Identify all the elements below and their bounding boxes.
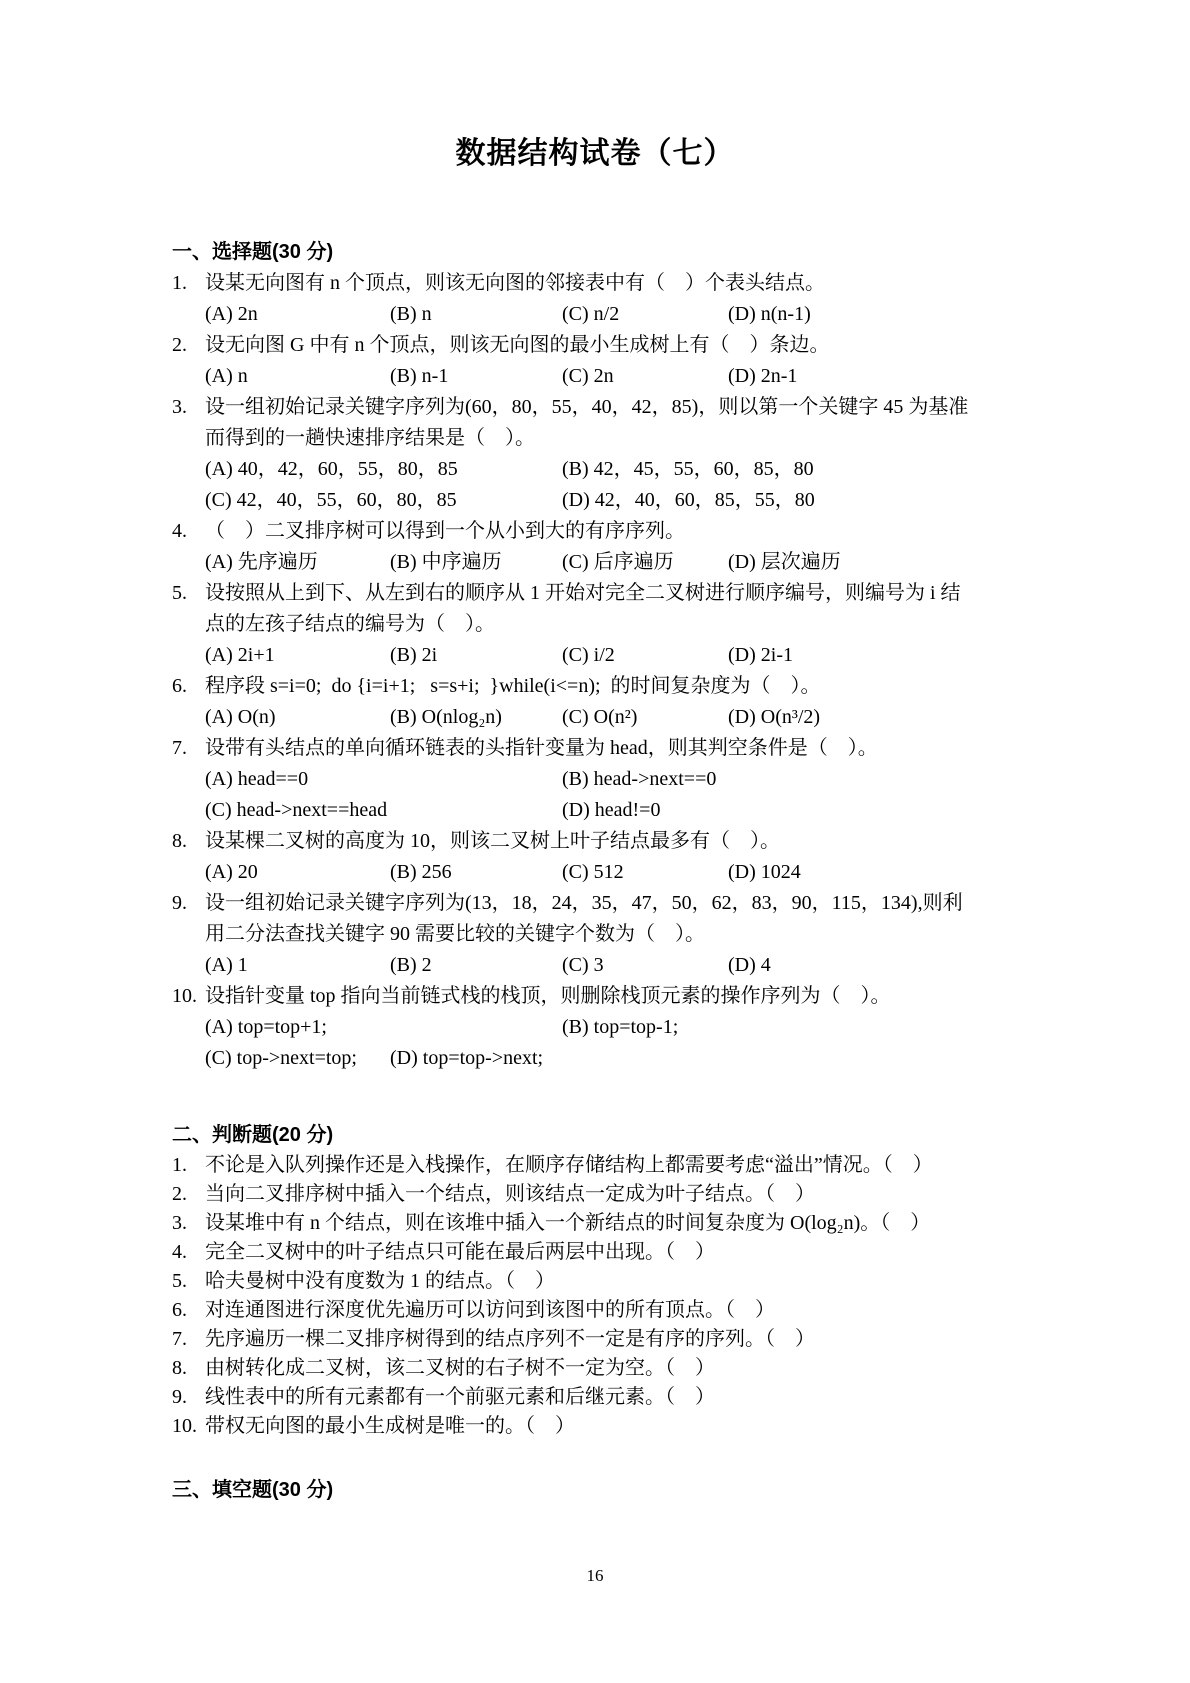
question-text: 设一组初始记录关键字序列为(60，80，55，40，42，85)，则以第一个关键… [205, 392, 1030, 423]
option-row: (A) 2i+1(B) 2i(C) i/2(D) 2i-1 [172, 640, 1030, 671]
option-row: (C) 42，40，55，60，80，85(D) 42，40，60，85，55，… [172, 485, 1030, 516]
option: (D) 2n-1 [728, 361, 797, 392]
option: (D) 2i-1 [728, 640, 793, 671]
option: (B) 2 [390, 950, 432, 981]
question-number [172, 423, 205, 454]
option: (B) head->next==0 [562, 764, 716, 795]
exam-content: 一、选择题(30 分)1.设某无向图有 n 个顶点，则该无向图的邻接表中有（ ）… [172, 237, 1030, 1506]
statement-line: 2.当向二叉排序树中插入一个结点，则该结点一定成为叶子结点。（ ） [172, 1180, 1030, 1209]
question-number: 9. [172, 888, 205, 919]
option-row: (A) 先序遍历(B) 中序遍历(C) 后序遍历(D) 层次遍历 [172, 547, 1030, 578]
statement-text: 带权无向图的最小生成树是唯一的。（ ） [205, 1412, 1030, 1441]
statement-number: 5. [172, 1267, 205, 1296]
question-number: 7. [172, 733, 205, 764]
option: (C) 2n [562, 361, 614, 392]
statement-text: 完全二叉树中的叶子结点只可能在最后两层中出现。（ ） [205, 1238, 1030, 1267]
question-line: 而得到的一趟快速排序结果是（ ）。 [172, 423, 1030, 454]
option: (C) 512 [562, 857, 624, 888]
section-choice: 一、选择题(30 分)1.设某无向图有 n 个顶点，则该无向图的邻接表中有（ ）… [172, 237, 1030, 1074]
option: (D) O(n³/2) [728, 702, 820, 733]
statement-line: 5.哈夫曼树中没有度数为 1 的结点。（ ） [172, 1267, 1030, 1296]
question-line: 6.程序段 s=i=0; do {i=i+1; s=s+i; }while(i<… [172, 671, 1030, 702]
question-line: 9.设一组初始记录关键字序列为(13，18，24，35，47，50，62，83，… [172, 888, 1030, 919]
statement-number: 7. [172, 1325, 205, 1354]
question-line: 8.设某棵二叉树的高度为 10，则该二叉树上叶子结点最多有（ ）。 [172, 826, 1030, 857]
statement-number: 9. [172, 1383, 205, 1412]
question-line: 10.设指针变量 top 指向当前链式栈的栈顶，则删除栈顶元素的操作序列为（ ）… [172, 981, 1030, 1012]
question-text: 点的左孩子结点的编号为（ ）。 [205, 609, 1030, 640]
section-heading: 一、选择题(30 分) [172, 237, 1030, 268]
option: (C) O(n²) [562, 702, 637, 733]
question-text: 而得到的一趟快速排序结果是（ ）。 [205, 423, 1030, 454]
question-text: 设带有头结点的单向循环链表的头指针变量为 head，则其判空条件是（ ）。 [205, 733, 1030, 764]
option: (D) head!=0 [562, 795, 660, 826]
option: (B) O(nlog₂n) [390, 702, 502, 733]
option-row: (A) O(n)(B) O(nlog₂n)(C) O(n²)(D) O(n³/2… [172, 702, 1030, 733]
statement-number: 2. [172, 1180, 205, 1209]
option: (B) 256 [390, 857, 452, 888]
question-text: 设某棵二叉树的高度为 10，则该二叉树上叶子结点最多有（ ）。 [205, 826, 1030, 857]
question-number: 2. [172, 330, 205, 361]
option: (D) top=top->next; [390, 1043, 543, 1074]
option: (C) 3 [562, 950, 604, 981]
statement-line: 4.完全二叉树中的叶子结点只可能在最后两层中出现。（ ） [172, 1238, 1030, 1267]
option: (C) head->next==head [205, 795, 387, 826]
page-title: 数据结构试卷（七） [0, 0, 1190, 172]
statement-line: 6.对连通图进行深度优先遍历可以访问到该图中的所有顶点。（ ） [172, 1296, 1030, 1325]
option: (D) 4 [728, 950, 771, 981]
option: (A) head==0 [205, 764, 308, 795]
question-line: 4.（ ）二叉排序树可以得到一个从小到大的有序序列。 [172, 516, 1030, 547]
question-text: 设一组初始记录关键字序列为(13，18，24，35，47，50，62，83，90… [205, 888, 1030, 919]
question-number [172, 609, 205, 640]
option: (D) n(n-1) [728, 299, 811, 330]
option: (B) 2i [390, 640, 437, 671]
question-number: 5. [172, 578, 205, 609]
option: (B) 中序遍历 [390, 547, 502, 578]
option-row: (A) 2n(B) n(C) n/2(D) n(n-1) [172, 299, 1030, 330]
option-row: (C) top->next=top;(D) top=top->next; [172, 1043, 1030, 1074]
question-line: 7.设带有头结点的单向循环链表的头指针变量为 head，则其判空条件是（ ）。 [172, 733, 1030, 764]
option: (A) O(n) [205, 702, 276, 733]
statement-line: 9.线性表中的所有元素都有一个前驱元素和后继元素。（ ） [172, 1383, 1030, 1412]
option: (C) n/2 [562, 299, 619, 330]
statement-line: 1.不论是入队列操作还是入栈操作，在顺序存储结构上都需要考虑“溢出”情况。（ ） [172, 1151, 1030, 1180]
statement-line: 7.先序遍历一棵二叉排序树得到的结点序列不一定是有序的序列。（ ） [172, 1325, 1030, 1354]
option: (A) 2n [205, 299, 258, 330]
option-row: (A) 20(B) 256(C) 512(D) 1024 [172, 857, 1030, 888]
question-line: 3.设一组初始记录关键字序列为(60，80，55，40，42，85)，则以第一个… [172, 392, 1030, 423]
question-number: 6. [172, 671, 205, 702]
question-number: 4. [172, 516, 205, 547]
option-row: (A) 1(B) 2(C) 3(D) 4 [172, 950, 1030, 981]
exam-page: 数据结构试卷（七） 一、选择题(30 分)1.设某无向图有 n 个顶点，则该无向… [0, 0, 1190, 1683]
question-text: 设指针变量 top 指向当前链式栈的栈顶，则删除栈顶元素的操作序列为（ ）。 [205, 981, 1030, 1012]
option: (B) top=top-1; [562, 1012, 678, 1043]
option: (D) 层次遍历 [728, 547, 841, 578]
statement-line: 8.由树转化成二叉树，该二叉树的右子树不一定为空。（ ） [172, 1354, 1030, 1383]
section-heading: 二、判断题(20 分) [172, 1120, 1030, 1151]
option: (A) 2i+1 [205, 640, 275, 671]
question-text: 设某无向图有 n 个顶点，则该无向图的邻接表中有（ ）个表头结点。 [205, 268, 1030, 299]
statement-number: 3. [172, 1209, 205, 1238]
option-row: (A) head==0(B) head->next==0 [172, 764, 1030, 795]
statement-number: 1. [172, 1151, 205, 1180]
statement-text: 线性表中的所有元素都有一个前驱元素和后继元素。（ ） [205, 1383, 1030, 1412]
question-line: 点的左孩子结点的编号为（ ）。 [172, 609, 1030, 640]
statement-text: 不论是入队列操作还是入栈操作，在顺序存储结构上都需要考虑“溢出”情况。（ ） [205, 1151, 1030, 1180]
question-line: 2.设无向图 G 中有 n 个顶点，则该无向图的最小生成树上有（ ）条边。 [172, 330, 1030, 361]
option: (A) n [205, 361, 248, 392]
option: (D) 1024 [728, 857, 801, 888]
question-number: 3. [172, 392, 205, 423]
option: (A) 40，42，60，55，80，85 [205, 454, 458, 485]
option: (A) 20 [205, 857, 258, 888]
statement-text: 对连通图进行深度优先遍历可以访问到该图中的所有顶点。（ ） [205, 1296, 1030, 1325]
statement-number: 6. [172, 1296, 205, 1325]
question-number [172, 919, 205, 950]
option-row: (A) top=top+1;(B) top=top-1; [172, 1012, 1030, 1043]
option: (A) 1 [205, 950, 248, 981]
option: (C) 42，40，55，60，80，85 [205, 485, 457, 516]
option: (A) top=top+1; [205, 1012, 327, 1043]
page-number: 16 [0, 1565, 1190, 1587]
option-row: (C) head->next==head(D) head!=0 [172, 795, 1030, 826]
option: (C) 后序遍历 [562, 547, 674, 578]
question-text: 用二分法查找关键字 90 需要比较的关键字个数为（ ）。 [205, 919, 1030, 950]
question-line: 用二分法查找关键字 90 需要比较的关键字个数为（ ）。 [172, 919, 1030, 950]
question-text: 设按照从上到下、从左到右的顺序从 1 开始对完全二叉树进行顺序编号，则编号为 i… [205, 578, 1030, 609]
option: (B) n [390, 299, 432, 330]
question-number: 10. [172, 981, 205, 1012]
option: (A) 先序遍历 [205, 547, 318, 578]
question-number: 1. [172, 268, 205, 299]
option: (B) 42，45，55，60，85，80 [562, 454, 814, 485]
option-row: (A) 40，42，60，55，80，85(B) 42，45，55，60，85，… [172, 454, 1030, 485]
question-line: 1.设某无向图有 n 个顶点，则该无向图的邻接表中有（ ）个表头结点。 [172, 268, 1030, 299]
option: (D) 42，40，60，85，55，80 [562, 485, 815, 516]
question-number: 8. [172, 826, 205, 857]
question-text: 程序段 s=i=0; do {i=i+1; s=s+i; }while(i<=n… [205, 671, 1030, 702]
section-judge: 二、判断题(20 分)1.不论是入队列操作还是入栈操作，在顺序存储结构上都需要考… [172, 1120, 1030, 1441]
question-line: 5.设按照从上到下、从左到右的顺序从 1 开始对完全二叉树进行顺序编号，则编号为… [172, 578, 1030, 609]
statement-text: 设某堆中有 n 个结点，则在该堆中插入一个新结点的时间复杂度为 O(log₂n)… [205, 1209, 1030, 1238]
statement-text: 先序遍历一棵二叉排序树得到的结点序列不一定是有序的序列。（ ） [205, 1325, 1030, 1354]
section-heading: 三、填空题(30 分) [172, 1475, 1030, 1506]
option: (C) top->next=top; [205, 1043, 357, 1074]
statement-number: 8. [172, 1354, 205, 1383]
section-blank: 三、填空题(30 分) [172, 1475, 1030, 1506]
statement-number: 4. [172, 1238, 205, 1267]
option-row: (A) n(B) n-1(C) 2n(D) 2n-1 [172, 361, 1030, 392]
question-text: 设无向图 G 中有 n 个顶点，则该无向图的最小生成树上有（ ）条边。 [205, 330, 1030, 361]
statement-line: 10.带权无向图的最小生成树是唯一的。（ ） [172, 1412, 1030, 1441]
option: (C) i/2 [562, 640, 615, 671]
question-text: （ ）二叉排序树可以得到一个从小到大的有序序列。 [205, 516, 1030, 547]
statement-text: 由树转化成二叉树，该二叉树的右子树不一定为空。（ ） [205, 1354, 1030, 1383]
statement-number: 10. [172, 1412, 205, 1441]
statement-text: 当向二叉排序树中插入一个结点，则该结点一定成为叶子结点。（ ） [205, 1180, 1030, 1209]
option: (B) n-1 [390, 361, 448, 392]
statement-line: 3.设某堆中有 n 个结点，则在该堆中插入一个新结点的时间复杂度为 O(log₂… [172, 1209, 1030, 1238]
statement-text: 哈夫曼树中没有度数为 1 的结点。（ ） [205, 1267, 1030, 1296]
